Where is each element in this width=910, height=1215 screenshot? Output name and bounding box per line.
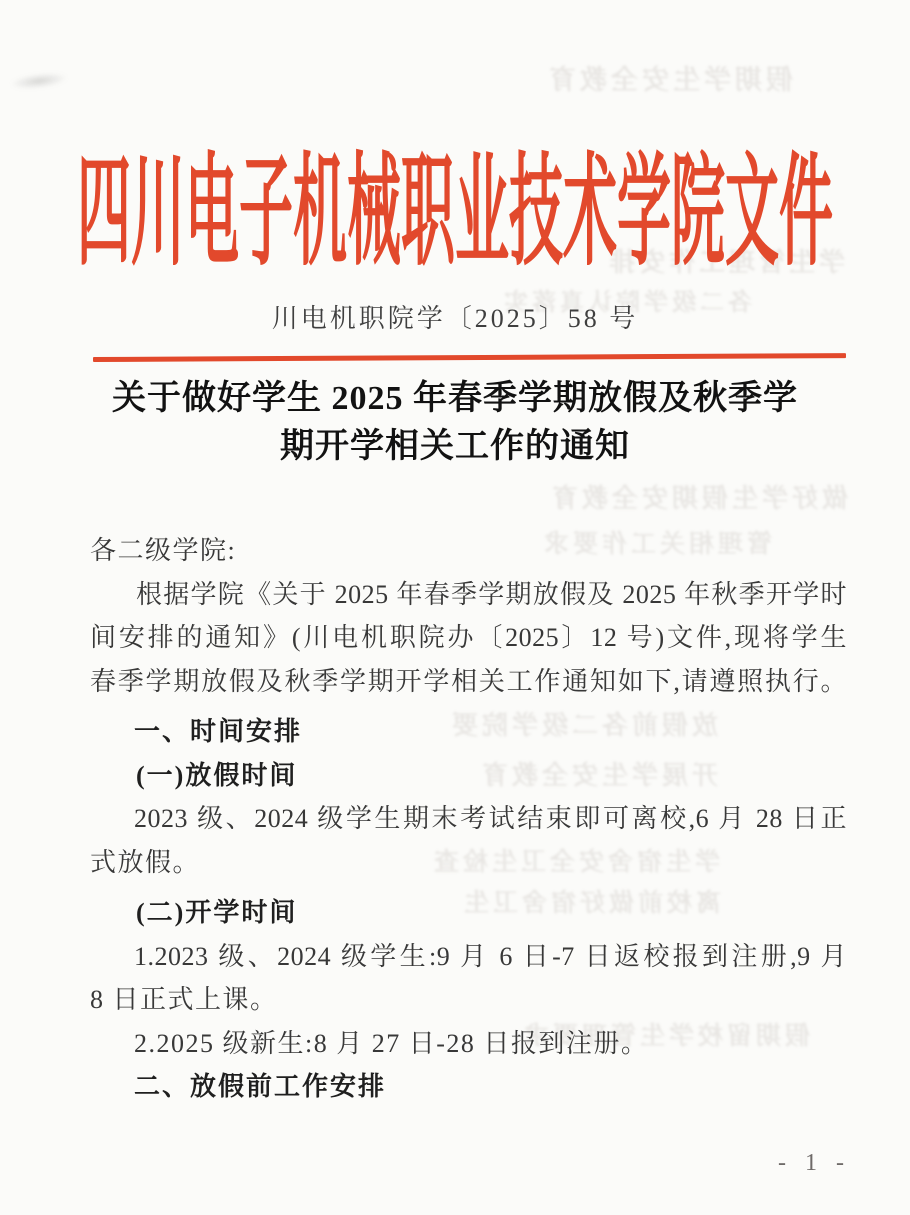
document-number: 川电机职院学〔2025〕58 号: [15, 298, 895, 335]
scan-smudge: [9, 71, 68, 92]
body-line: 2023 级、2024 级学生期末考试结束即可离校,6 月 28 日正: [90, 797, 847, 841]
body-line: (二)开学时间: [90, 891, 847, 935]
document-title: 关于做好学生 2025 年春季学期放假及秋季学 期开学相关工作的通知: [15, 375, 895, 471]
body-line: 间安排的通知》(川电机职院办〔2025〕12 号)文件,现将学生: [90, 616, 847, 660]
body-line: 8 日正式上课。: [90, 978, 847, 1022]
body-line: 根据学院《关于 2025 年春季学期放假及 2025 年秋季开学时: [90, 573, 847, 617]
bleedthrough-ghost-text: 做好学生假期安全教育: [548, 478, 848, 515]
document-title-line1: 关于做好学生 2025 年春季学期放假及秋季学: [112, 380, 798, 417]
body-line: 式放假。: [90, 841, 847, 885]
body-line: 1.2023 级、2024 级学生:9 月 6 日-7 日返校报到注册,9 月: [90, 935, 847, 979]
bleedthrough-ghost-text: 假期学生安全教育: [545, 58, 793, 97]
body-line: 2.2025 级新生:8 月 27 日-28 日报到注册。: [90, 1022, 847, 1066]
page-number: - 1 -: [698, 1150, 848, 1177]
body-line: 二、放假前工作安排: [90, 1065, 847, 1109]
document-title-line2: 期开学相关工作的通知: [280, 428, 630, 465]
body-line: (一)放假时间: [90, 754, 847, 798]
body-line: 各二级学院:: [90, 529, 847, 573]
body-line: 春季学期放假及秋季学期开学相关工作通知如下,请遵照执行。: [90, 660, 847, 704]
document-body: 各二级学院:根据学院《关于 2025 年春季学期放假及 2025 年秋季开学时间…: [90, 529, 847, 1109]
red-header-banner-title: 四川电子机械职业技术学院文件: [15, 116, 895, 289]
body-line: 一、时间安排: [90, 710, 847, 754]
red-divider-line: [93, 353, 846, 362]
scanned-document-page: 假期学生安全教育学生管理工作安排各二级学院认真落实做好学生假期安全教育管理相关工…: [0, 0, 910, 1215]
